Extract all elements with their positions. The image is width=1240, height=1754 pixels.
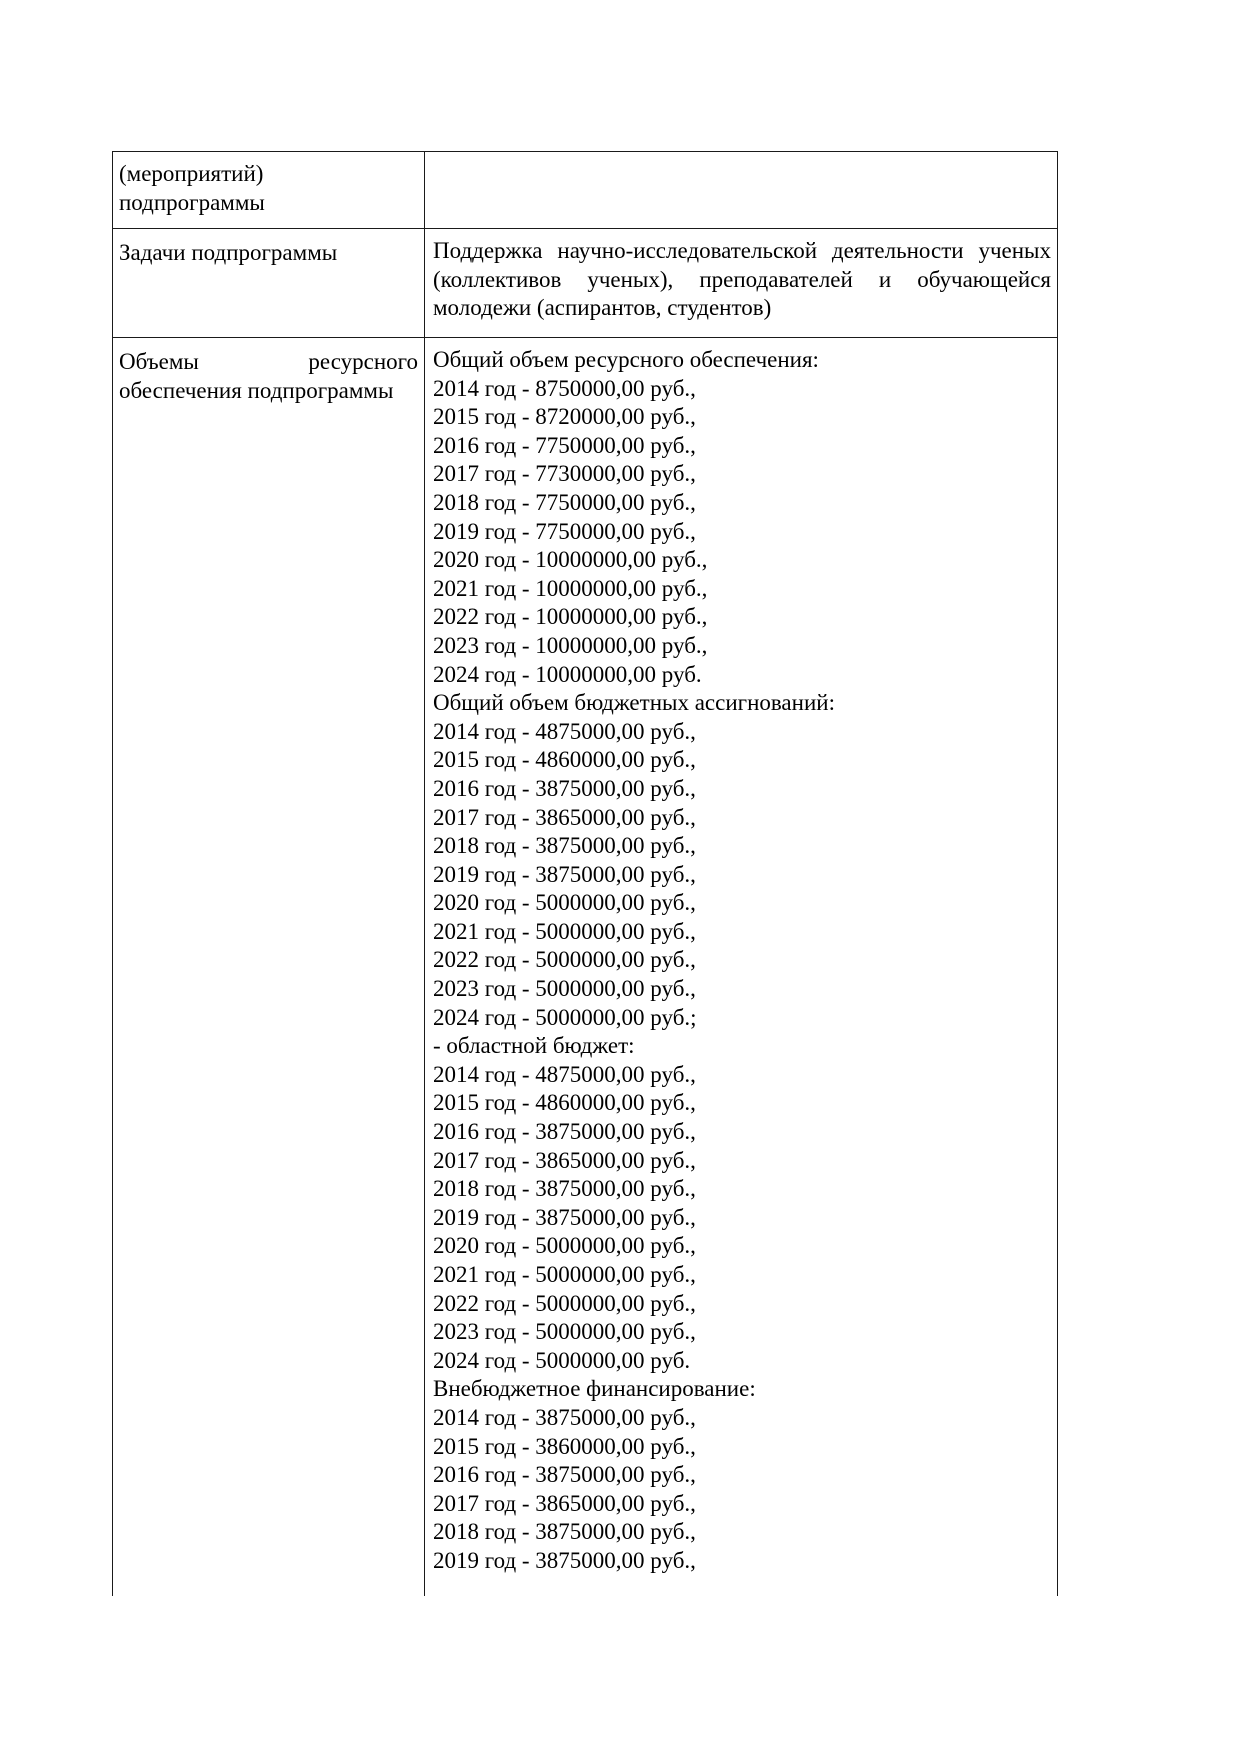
funding-year-line: 2015 год - 3860000,00 руб., [433, 1433, 1051, 1462]
tasks-label: Задачи подпрограммы [113, 229, 424, 276]
section-extrabudget: Внебюджетное финансирование:2014 год - 3… [433, 1375, 1051, 1575]
table-row: Объемы ресурсного обеспечения подпрограм… [113, 338, 1058, 1597]
funding-year-line: 2022 год - 5000000,00 руб., [433, 1290, 1051, 1319]
funding-year-line: 2021 год - 5000000,00 руб., [433, 1261, 1051, 1290]
row-value-cell [425, 152, 1058, 229]
funding-year-line: 2019 год - 3875000,00 руб., [433, 861, 1051, 890]
funding-year-line: 2014 год - 3875000,00 руб., [433, 1404, 1051, 1433]
section-regional: - областной бюджет:2014 год - 4875000,00… [433, 1032, 1051, 1375]
table-row: (мероприятий) подпрограммы [113, 152, 1058, 229]
funding-year-line: 2021 год - 10000000,00 руб., [433, 575, 1051, 604]
funding-year-line: 2016 год - 3875000,00 руб., [433, 1461, 1051, 1490]
funding-year-line: 2017 год - 3865000,00 руб., [433, 1147, 1051, 1176]
funding-year-line: 2016 год - 3875000,00 руб., [433, 775, 1051, 804]
row-label-cell: Задачи подпрограммы [113, 229, 425, 338]
funding-year-line: 2019 год - 3875000,00 руб., [433, 1204, 1051, 1233]
section-budget: Общий объем бюджетных ассигнований:2014 … [433, 689, 1051, 1032]
funding-year-line: 2022 год - 5000000,00 руб., [433, 946, 1051, 975]
funding-year-line: 2023 год - 5000000,00 руб., [433, 1318, 1051, 1347]
funding-year-line: 2015 год - 4860000,00 руб., [433, 746, 1051, 775]
table-row: Задачи подпрограммы Поддержка научно-исс… [113, 229, 1058, 338]
funding-year-line: 2020 год - 5000000,00 руб., [433, 1232, 1051, 1261]
funding-year-line: 2020 год - 5000000,00 руб., [433, 889, 1051, 918]
row-value-text [425, 152, 1057, 168]
section-heading: - областной бюджет: [433, 1032, 1051, 1061]
funding-year-line: 2014 год - 4875000,00 руб., [433, 1061, 1051, 1090]
funding-year-line: 2018 год - 3875000,00 руб., [433, 1518, 1051, 1547]
funding-year-line: 2024 год - 10000000,00 руб. [433, 661, 1051, 690]
funding-year-line: 2021 год - 5000000,00 руб., [433, 918, 1051, 947]
funding-year-line: 2016 год - 7750000,00 руб., [433, 432, 1051, 461]
funding-year-line: 2023 год - 5000000,00 руб., [433, 975, 1051, 1004]
funding-year-line: 2023 год - 10000000,00 руб., [433, 632, 1051, 661]
subprogram-passport-table: (мероприятий) подпрограммы Задачи подпро… [112, 151, 1058, 1596]
row-label-line: подпрограммы [119, 189, 418, 218]
funding-year-line: 2017 год - 3865000,00 руб., [433, 804, 1051, 833]
funding-year-line: 2018 год - 3875000,00 руб., [433, 832, 1051, 861]
funding-year-line: 2015 год - 8720000,00 руб., [433, 403, 1051, 432]
funding-year-line: 2019 год - 3875000,00 руб., [433, 1547, 1051, 1576]
resource-volume-label: Объемы ресурсного обеспечения подпрограм… [113, 338, 424, 413]
funding-year-line: 2020 год - 10000000,00 руб., [433, 546, 1051, 575]
funding-year-line: 2015 год - 4860000,00 руб., [433, 1089, 1051, 1118]
funding-year-line: 2014 год - 4875000,00 руб., [433, 718, 1051, 747]
funding-year-line: 2024 год - 5000000,00 руб. [433, 1347, 1051, 1376]
section-heading: Общий объем ресурсного обеспечения: [433, 346, 1051, 375]
funding-year-line: 2018 год - 7750000,00 руб., [433, 489, 1051, 518]
section-total: Общий объем ресурсного обеспечения:2014 … [433, 346, 1051, 689]
funding-year-line: 2024 год - 5000000,00 руб.; [433, 1004, 1051, 1033]
funding-year-line: 2017 год - 7730000,00 руб., [433, 460, 1051, 489]
funding-year-line: 2014 год - 8750000,00 руб., [433, 375, 1051, 404]
row-label-cell: (мероприятий) подпрограммы [113, 152, 425, 229]
funding-year-line: 2016 год - 3875000,00 руб., [433, 1118, 1051, 1147]
funding-year-line: 2017 год - 3865000,00 руб., [433, 1490, 1051, 1519]
row-label-line: (мероприятий) [119, 160, 418, 189]
funding-year-line: 2019 год - 7750000,00 руб., [433, 518, 1051, 547]
tasks-value: Поддержка научно-исследовательской деяте… [425, 229, 1057, 331]
funding-year-line: 2022 год - 10000000,00 руб., [433, 603, 1051, 632]
section-heading: Внебюджетное финансирование: [433, 1375, 1051, 1404]
row-value-cell: Общий объем ресурсного обеспечения:2014 … [425, 338, 1058, 1597]
document-page: (мероприятий) подпрограммы Задачи подпро… [0, 0, 1240, 1754]
section-heading: Общий объем бюджетных ассигнований: [433, 689, 1051, 718]
resource-volume-value: Общий объем ресурсного обеспечения:2014 … [425, 338, 1057, 1584]
row-label-cell: Объемы ресурсного обеспечения подпрограм… [113, 338, 425, 1597]
funding-year-line: 2018 год - 3875000,00 руб., [433, 1175, 1051, 1204]
row-value-cell: Поддержка научно-исследовательской деяте… [425, 229, 1058, 338]
